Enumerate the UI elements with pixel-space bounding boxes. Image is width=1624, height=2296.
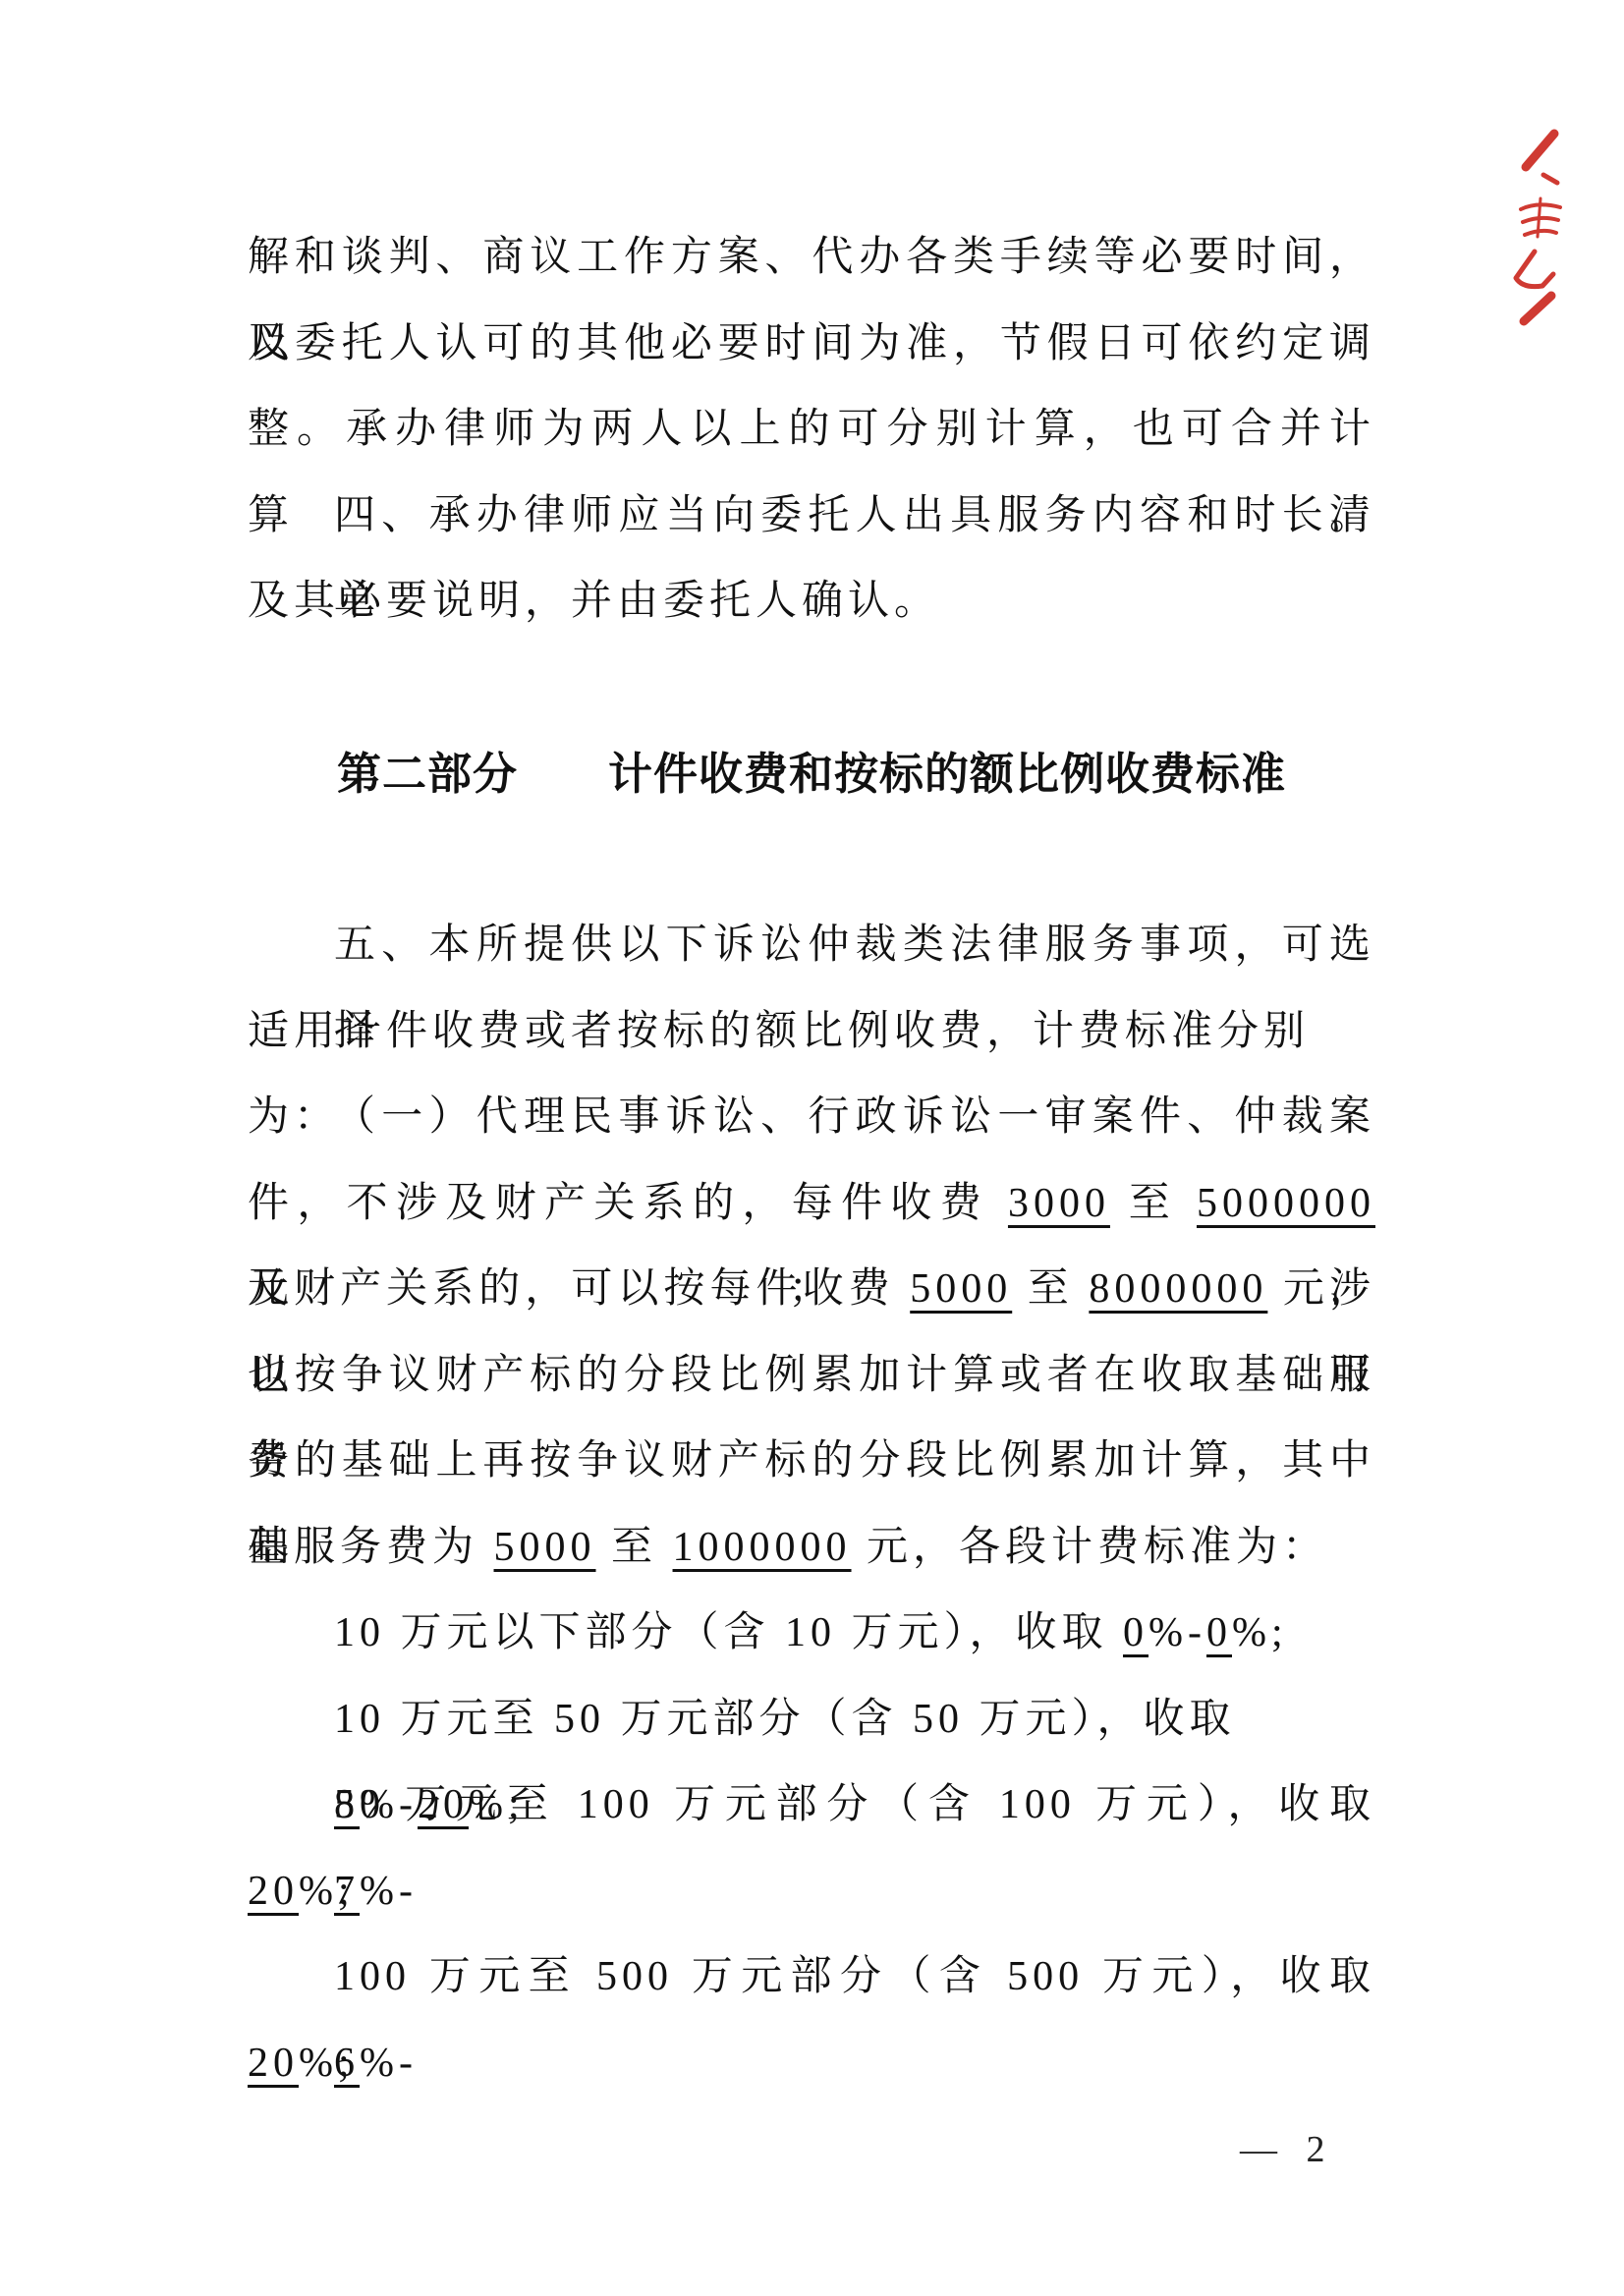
text-line: 及其必要说明，并由委托人确认。 — [248, 559, 1375, 645]
text-line: 50 万元至 100 万元部分（含 100 万元），收取 7%- — [248, 1763, 1375, 1849]
text-line: 及财产关系的，可以按每件收费 5000 至 8000000 元，也可 — [248, 1247, 1375, 1333]
text-line: 10 万元以下部分（含 10 万元），收取 0%-0%; — [248, 1591, 1375, 1677]
text-line: 100 万元至 500 万元部分（含 500 万元），收取 6%- — [248, 1934, 1375, 2021]
text-line: 10 万元至 50 万元部分（含 50 万元），收取 8%-20%; — [248, 1677, 1375, 1764]
text-line: 四、承办律师应当向委托人出具服务内容和时长清单 — [248, 474, 1375, 560]
page-number: — 2 — [1240, 2120, 1335, 2179]
text-line: 及委托人认可的其他必要时间为准，节假日可依约定调 — [248, 302, 1375, 388]
document-page: 解和谈判、商议工作方案、代办各类手续等必要时间，以及委托人认可的其他必要时间为准… — [0, 0, 1624, 2296]
text-line: 础服务费为 5000 至 1000000 元，各段计费标准为： — [248, 1505, 1375, 1592]
blank-row — [248, 645, 1375, 732]
text-line: 五、本所提供以下诉讼仲裁类法律服务事项，可选择 — [248, 903, 1375, 989]
text-line: 解和谈判、商议工作方案、代办各类手续等必要时间，以 — [248, 215, 1375, 302]
section-heading: 第二部分 计件收费和按标的额比例收费标准 — [248, 731, 1375, 817]
text-line: 费的基础上再按争议财产标的分段比例累加计算，其中基 — [248, 1419, 1375, 1505]
text-line: 以按争议财产标的分段比例累加计算或者在收取基础服务 — [248, 1333, 1375, 1420]
text-line: 适用计件收费或者按标的额比例收费，计费标准分别为： — [248, 989, 1375, 1076]
text-line: （一）代理民事诉讼、行政诉讼一审案件、仲裁案 — [248, 1075, 1375, 1161]
blank-row — [248, 817, 1375, 904]
text-line: 件，不涉及财产关系的，每件收费 3000 至 5000000 元；涉 — [248, 1161, 1375, 1248]
document-body: 解和谈判、商议工作方案、代办各类手续等必要时间，以及委托人认可的其他必要时间为准… — [248, 215, 1375, 2106]
text-line: 整。承办律师为两人以上的可分别计算，也可合并计算。 — [248, 387, 1375, 474]
red-ink-stamp-icon — [1513, 126, 1624, 337]
